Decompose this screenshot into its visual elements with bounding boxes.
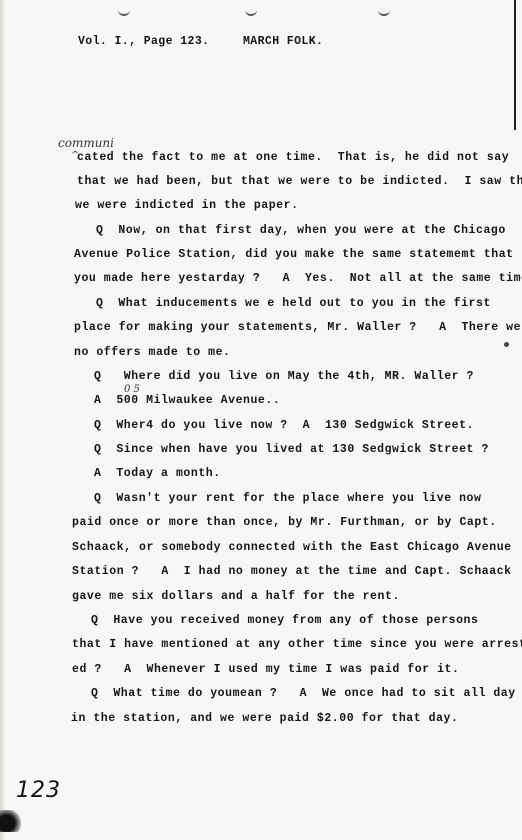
body-line: cated the fact to me at one time. That i… xyxy=(77,151,509,165)
question-line: Q Where did you live on May the 4th, MR.… xyxy=(94,370,474,384)
margin-rule xyxy=(514,0,516,130)
question-line: Q What inducements we e held out to you … xyxy=(96,297,491,311)
question-line: Q What time do youmean ? A We once had t… xyxy=(91,687,516,701)
margin-insert-handwritten: communi xyxy=(58,136,114,150)
body-line: paid once or more than once, by Mr. Furt… xyxy=(72,516,497,530)
scan-edge-shadow xyxy=(0,0,6,840)
question-line: Q Have you received money from any of th… xyxy=(91,614,478,628)
answer-line: A Today a month. xyxy=(94,467,221,481)
body-line: that we had been, but that we were to be… xyxy=(77,175,522,189)
body-line: place for making your statements, Mr. Wa… xyxy=(74,321,522,335)
handwritten-page-number: 123 xyxy=(16,778,61,803)
punch-hole-mark xyxy=(118,8,130,16)
body-line: Schaack, or somebody connected with the … xyxy=(72,541,512,555)
body-line: Station ? A I had no money at the time a… xyxy=(72,565,512,579)
body-line: no offers made to me. xyxy=(74,346,230,360)
body-line: that I have mentioned at any other time … xyxy=(72,638,522,652)
answer-line: A 500 Milwaukee Avenue.. xyxy=(94,394,280,408)
body-line: in the station, and we were paid $2.00 f… xyxy=(71,712,458,726)
document-page: Vol. I., Page 123. MARCH FOLK. communi ^… xyxy=(0,0,522,840)
body-line: you made here yestarday ? A Yes. Not all… xyxy=(74,272,522,286)
body-line: we were indicted in the paper. xyxy=(75,199,299,213)
punch-hole-mark xyxy=(245,8,257,16)
body-line: Avenue Police Station, did you make the … xyxy=(74,248,514,262)
ink-blot xyxy=(0,810,22,832)
volume-page-label: Vol. I., Page 123. xyxy=(78,35,209,48)
question-line: Q Since when have you lived at 130 Sedgw… xyxy=(94,443,489,457)
punch-hole-mark xyxy=(378,8,390,16)
question-line: Q Wher4 do you live now ? A 130 Sedgwick… xyxy=(94,419,474,433)
body-line: gave me six dollars and a half for the r… xyxy=(72,590,400,604)
question-line: Q Wasn't your rent for the place where y… xyxy=(94,492,481,506)
question-line: Q Now, on that first day, when you were … xyxy=(96,224,506,238)
document-title: MARCH FOLK. xyxy=(243,35,323,48)
body-line: ed ? A Whenever I used my time I was pai… xyxy=(72,663,459,677)
ink-speck xyxy=(504,342,509,347)
